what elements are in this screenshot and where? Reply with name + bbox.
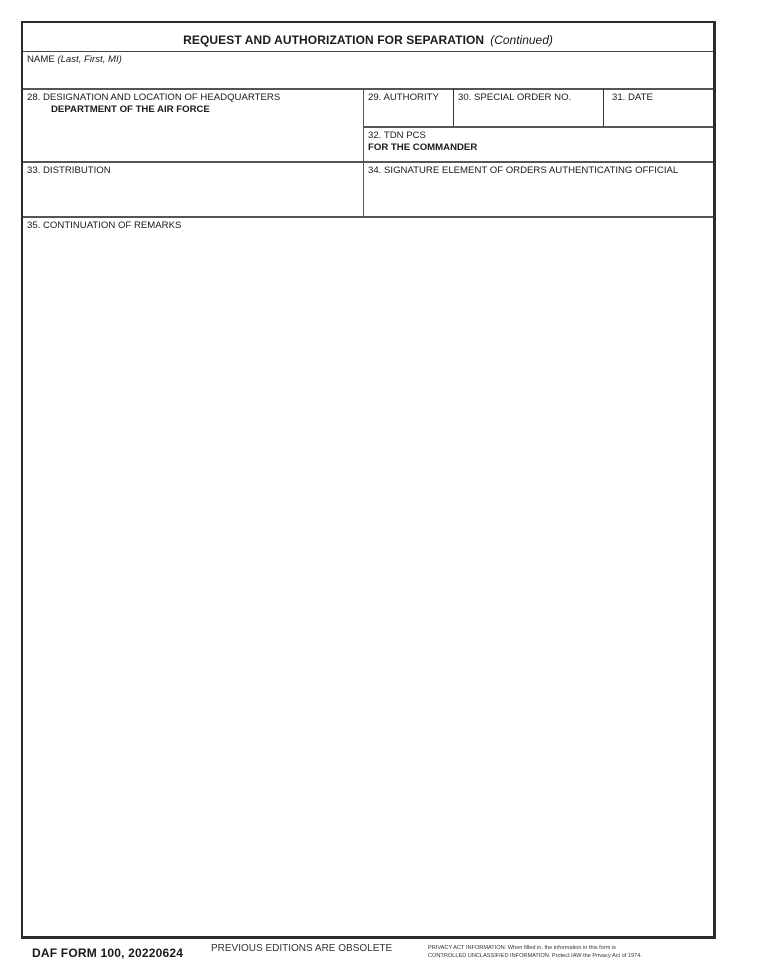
authority-field[interactable]: 29. AUTHORITY: [364, 90, 453, 126]
privacy-act-line-1: PRIVACY ACT INFORMATION: When filled in,…: [428, 944, 642, 952]
form-footer: DAF FORM 100, 20220624 PREVIOUS EDITIONS…: [0, 943, 768, 971]
special-order-no-field[interactable]: 30. SPECIAL ORDER NO.: [454, 90, 603, 126]
authority-label: 29. AUTHORITY: [368, 92, 449, 104]
name-field-label: NAME (Last, First, MI): [27, 54, 709, 66]
tdn-pcs-field[interactable]: 32. TDN PCS FOR THE COMMANDER: [364, 128, 713, 161]
separation-form: REQUEST AND AUTHORIZATION FOR SEPARATION…: [21, 21, 716, 939]
designation-location-hq-label: 28. DESIGNATION AND LOCATION OF HEADQUAR…: [27, 92, 359, 104]
special-order-no-label: 30. SPECIAL ORDER NO.: [458, 92, 599, 104]
designation-location-hq-field[interactable]: 28. DESIGNATION AND LOCATION OF HEADQUAR…: [23, 90, 363, 161]
obsolete-notice: PREVIOUS EDITIONS ARE OBSOLETE: [211, 943, 392, 955]
form-title: REQUEST AND AUTHORIZATION FOR SEPARATION…: [23, 23, 713, 51]
continuation-of-remarks-label: 35. CONTINUATION OF REMARKS: [27, 220, 709, 232]
privacy-act-notice: PRIVACY ACT INFORMATION: When filled in,…: [428, 944, 642, 960]
form-title-suffix: (Continued): [490, 33, 553, 47]
tdn-pcs-value[interactable]: FOR THE COMMANDER: [368, 142, 709, 154]
distribution-field[interactable]: 33. DISTRIBUTION: [23, 163, 363, 216]
name-field[interactable]: NAME (Last, First, MI): [23, 52, 713, 89]
form-id: DAF FORM 100, 20220624: [32, 946, 183, 960]
privacy-act-line-2: CONTROLLED UNCLASSIFIED INFORMATION. Pro…: [428, 952, 642, 960]
date-label: 31. DATE: [612, 92, 709, 104]
distribution-label: 33. DISTRIBUTION: [27, 165, 359, 177]
authenticating-official-signature-field[interactable]: 34. SIGNATURE ELEMENT OF ORDERS AUTHENTI…: [364, 163, 713, 216]
designation-location-hq-value[interactable]: DEPARTMENT OF THE AIR FORCE: [27, 104, 359, 116]
authenticating-official-signature-label: 34. SIGNATURE ELEMENT OF ORDERS AUTHENTI…: [368, 165, 709, 177]
continuation-of-remarks-field[interactable]: 35. CONTINUATION OF REMARKS: [23, 218, 713, 936]
date-field[interactable]: 31. DATE: [604, 90, 713, 126]
form-title-main: REQUEST AND AUTHORIZATION FOR SEPARATION: [183, 33, 484, 47]
tdn-pcs-label: 32. TDN PCS: [368, 130, 709, 142]
